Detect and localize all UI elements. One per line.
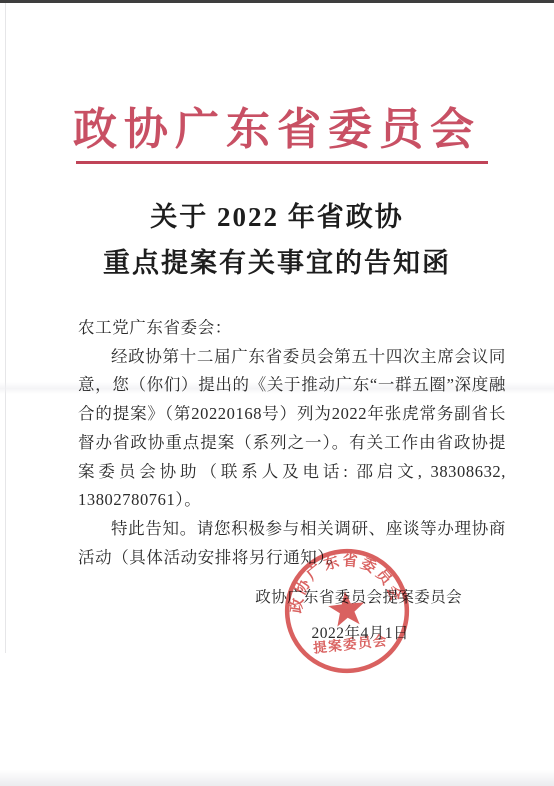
body-paragraph: 经政协第十二届广东省委员会第五十四次主席会议同意，您（你们）提出的《关于推动广东… [78, 343, 506, 515]
letterhead-title: 政协广东省委员会 [0, 93, 554, 157]
document-title-line1: 关于 2022 年省政协 [0, 201, 554, 233]
paper-bottom-shadow [0, 770, 554, 786]
photo-top-edge [0, 0, 554, 3]
document-title: 关于 2022 年省政协 重点提案有关事宜的告知函 [0, 201, 554, 279]
document-title-line2: 重点提案有关事宜的告知函 [0, 247, 554, 279]
seal-bottom-text: 提案委员会 [312, 632, 388, 657]
salutation: 农工党广东省委会： [78, 314, 506, 343]
letter-body: 农工党广东省委会： 经政协第十二届广东省委员会第五十四次主席会议同意，您（你们）… [78, 314, 506, 572]
official-seal: 政协广东省委员会 提案委员会 [272, 536, 421, 685]
star-icon [327, 589, 367, 627]
letterhead-rule [76, 161, 488, 164]
